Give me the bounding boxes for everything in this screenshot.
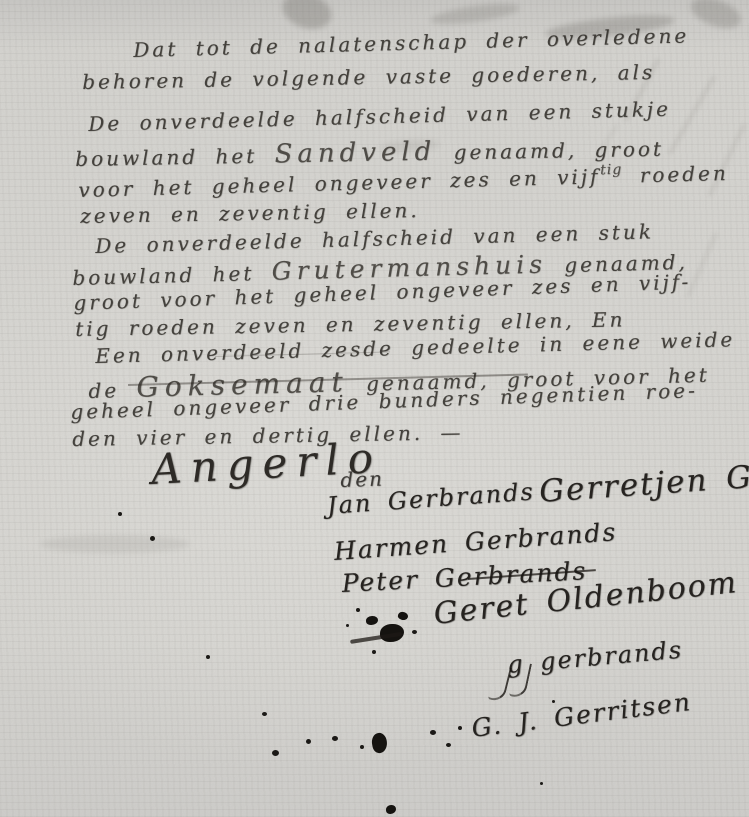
ink-speck	[356, 608, 360, 612]
ink-speck	[332, 736, 338, 741]
ink-speck	[360, 745, 364, 749]
signature-gerretjen-gerbrands: Gerretjen Gerbrands	[538, 448, 749, 510]
paragraph-2-line-1: De onverdeelde halfscheid van een stukje	[88, 97, 671, 136]
ink-speck	[346, 624, 349, 627]
ink-speck	[458, 726, 462, 730]
bleed-through-stroke	[668, 75, 716, 155]
ink-speck	[552, 700, 555, 703]
parcel-name-sandveld: Sandveld	[274, 137, 436, 170]
ink-speck	[206, 655, 210, 659]
paragraph-2-line-4: zeven en zeventig ellen.	[80, 198, 420, 228]
bleed-through-smudge	[429, 0, 520, 28]
ink-blot	[397, 611, 409, 622]
paragraph-2-line-2-post: genaamd, groot	[453, 137, 664, 165]
bleed-through-smudge	[40, 535, 190, 553]
ink-speck	[446, 743, 451, 747]
ink-blot	[386, 805, 396, 814]
ink-speck	[262, 712, 267, 716]
superscript-insertion-tig: tig	[600, 162, 622, 179]
paragraph-1-line-1: Dat tot de nalatenschap der overledene	[133, 23, 689, 62]
signature-flourish-tail	[488, 664, 512, 703]
paragraph-2-line-3-post: roeden	[639, 161, 729, 187]
ink-speck	[272, 750, 279, 756]
paragraph-1-line-2: behoren de volgende vaste goederen, als	[82, 60, 655, 94]
ink-speck	[372, 650, 376, 654]
bleed-through-smudge	[687, 0, 745, 34]
signature-g-gerbrands: g gerbrands	[506, 636, 684, 679]
bleed-through-smudge	[278, 0, 336, 35]
ink-speck	[150, 536, 155, 541]
ink-speck	[540, 782, 543, 785]
ink-speck	[118, 512, 122, 516]
ink-blot	[370, 732, 388, 754]
ink-speck	[430, 730, 436, 735]
paragraph-2-line-2-pre: bouwland het	[75, 144, 257, 171]
manuscript-page: Dat tot de nalatenschap der overledene b…	[0, 0, 749, 817]
ink-blot	[366, 616, 378, 625]
ink-speck	[412, 630, 417, 634]
ink-speck	[306, 739, 311, 744]
